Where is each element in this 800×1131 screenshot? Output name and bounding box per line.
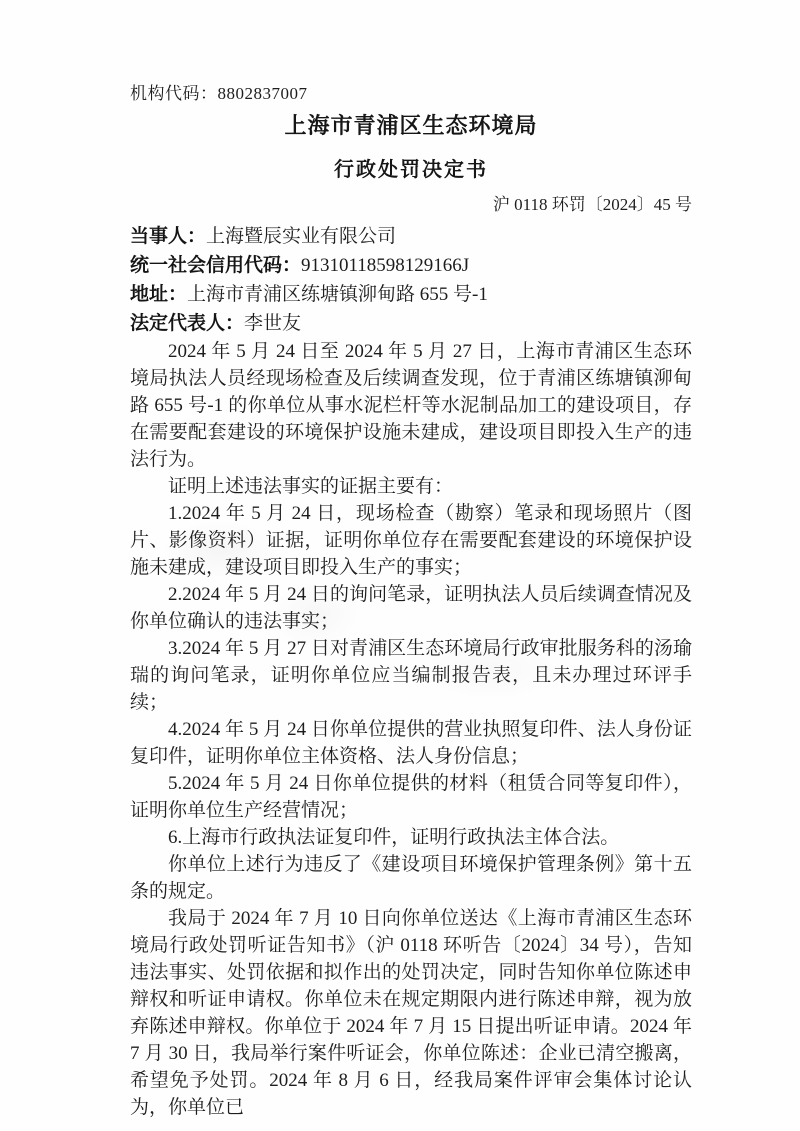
legal-rep-label: 法定代表人： [130,313,244,334]
party-line-credit-code: 统一社会信用代码：91310118598129166J [130,251,692,280]
document-page: 机构代码：8802837007 上海市青浦区生态环境局 行政处罚决定书 沪 01… [0,0,800,1131]
org-code-label: 机构代码： [130,84,218,103]
party-line-legal-rep: 法定代表人：李世友 [130,309,692,338]
document-title: 上海市青浦区生态环境局 [130,113,692,139]
party-name-label: 当事人： [130,226,206,247]
paragraph-evidence-intro: 证明上述违法事实的证据主要有： [130,473,692,500]
document-subtitle: 行政处罚决定书 [130,158,692,182]
paragraph-evidence-5: 5.2024 年 5 月 24 日你单位提供的材料（租赁合同等复印件），证明你单… [130,770,692,824]
credit-code-label: 统一社会信用代码： [130,255,301,276]
credit-code-value: 91310118598129166J [301,255,469,276]
address-value: 上海市青浦区练塘镇泖甸路 655 号-1 [187,284,488,305]
paragraph-violation: 你单位上述行为违反了《建设项目环境保护管理条例》第十五条的规定。 [130,851,692,905]
paragraph-evidence-1: 1.2024 年 5 月 24 日，现场检查（勘察）笔录和现场照片（图片、影像资… [130,500,692,581]
paragraph-evidence-3: 3.2024 年 5 月 27 日对青浦区生态环境局行政审批服务科的汤瑜瑞的询问… [130,635,692,716]
document-content: 机构代码：8802837007 上海市青浦区生态环境局 行政处罚决定书 沪 01… [0,0,800,1121]
org-code-line: 机构代码：8802837007 [130,84,692,104]
legal-rep-value: 李世友 [244,313,301,334]
paragraph-procedure: 我局于 2024 年 7 月 10 日向你单位送达《上海市青浦区生态环境局行政处… [130,905,692,1121]
paragraph-facts: 2024 年 5 月 24 日至 2024 年 5 月 27 日，上海市青浦区生… [130,338,692,473]
party-line-address: 地址：上海市青浦区练塘镇泖甸路 655 号-1 [130,280,692,309]
paragraph-evidence-2: 2.2024 年 5 月 24 日的询问笔录，证明执法人员后续调查情况及你单位确… [130,581,692,635]
document-body: 2024 年 5 月 24 日至 2024 年 5 月 27 日，上海市青浦区生… [130,338,692,1121]
document-number: 沪 0118 环罚〔2024〕45 号 [130,194,692,215]
paragraph-evidence-6: 6.上海市行政执法证复印件，证明行政执法主体合法。 [130,824,692,851]
party-info-block: 当事人：上海暨辰实业有限公司 统一社会信用代码：9131011859812916… [130,222,692,338]
party-name-value: 上海暨辰实业有限公司 [206,226,396,247]
address-label: 地址： [130,284,187,305]
paragraph-evidence-4: 4.2024 年 5 月 24 日你单位提供的营业执照复印件、法人身份证复印件，… [130,716,692,770]
org-code-value: 8802837007 [218,84,308,103]
party-line-name: 当事人：上海暨辰实业有限公司 [130,222,692,251]
